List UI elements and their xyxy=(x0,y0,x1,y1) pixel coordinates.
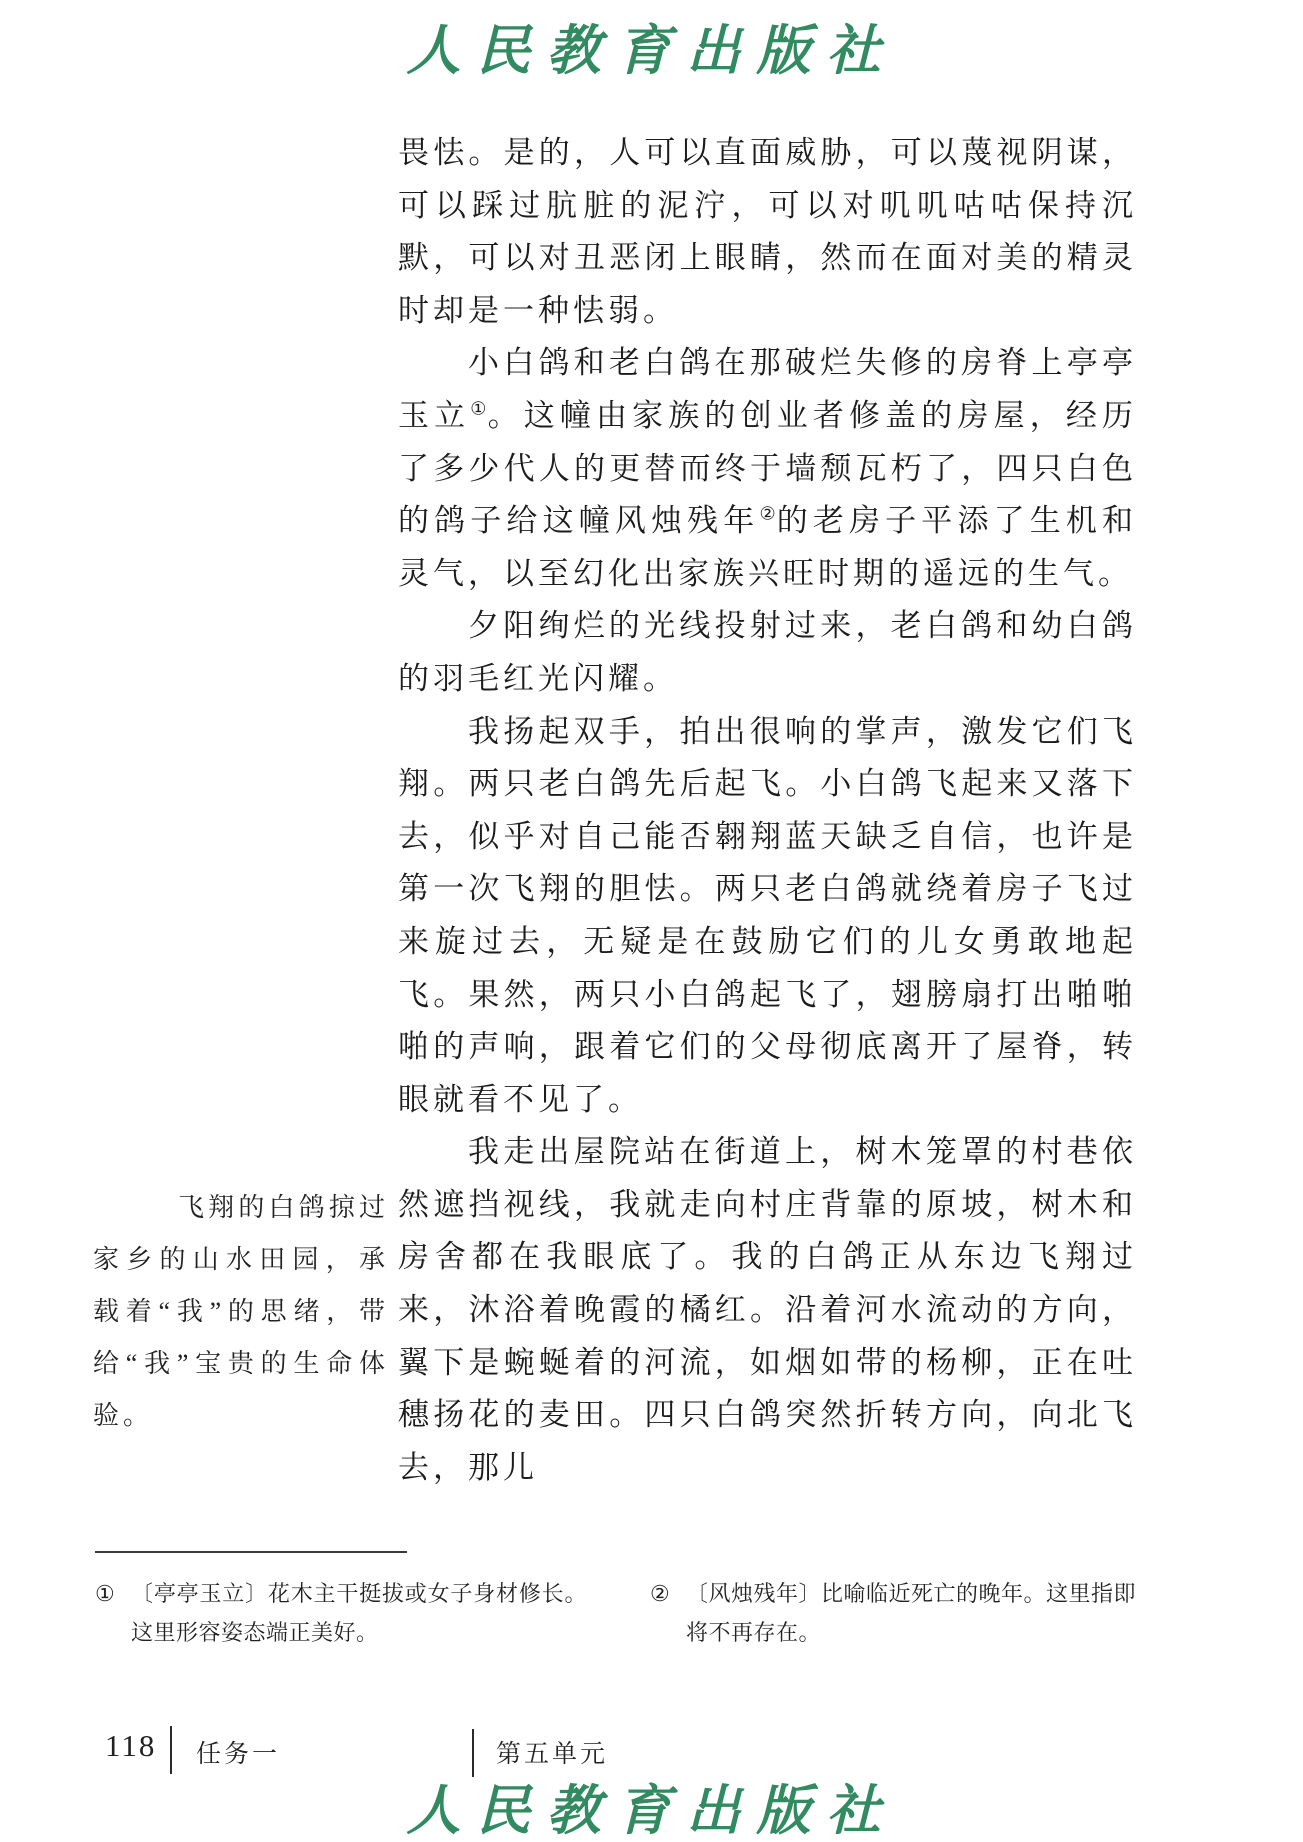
footnote-ref: ① xyxy=(470,399,487,419)
page-number: 118 xyxy=(105,1728,156,1764)
body-paragraph: 小白鸽和老白鸽在那破烂失修的房脊上亭亭玉立①。这幢由家族的创业者修盖的房屋，经历… xyxy=(398,337,1137,600)
footnote-text-1: 〔亭亭玉立〕花木主干挺拔或女子身材修长。这里形容姿态端正美好。 xyxy=(131,1574,587,1652)
footer-unit-label: 第五单元 xyxy=(496,1734,608,1770)
footnote-text-2: 〔风烛残年〕比喻临近死亡的晚年。这里指即将不再存在。 xyxy=(686,1574,1136,1652)
body-paragraph: 我走出屋院站在街道上，树木笼罩的村巷依然遮挡视线，我就走向村庄背靠的原坡，树木和… xyxy=(398,1126,1137,1494)
footnote-divider xyxy=(95,1551,407,1553)
margin-note: 飞翔的白鸽掠过家乡的山水田园，承载着“我”的思绪，带给“我”宝贵的生命体验。 xyxy=(93,1182,389,1442)
publisher-logo-bottom: 人民教育出版社 xyxy=(0,1768,1303,1842)
publisher-logo-top: 人民教育出版社 xyxy=(0,8,1303,85)
body-paragraph: 夕阳绚烂的光线投射过来，老白鸽和幼白鸽的羽毛红光闪耀。 xyxy=(398,600,1137,705)
footer-divider-1 xyxy=(170,1726,172,1774)
textbook-page: 人民教育出版社 畏怯。是的，人可以直面威胁，可以蔑视阴谋，可以踩过肮脏的泥泞，可… xyxy=(0,0,1303,1842)
footnote-marker-1: ① xyxy=(95,1574,125,1613)
body-paragraph: 畏怯。是的，人可以直面威胁，可以蔑视阴谋，可以踩过肮脏的泥泞，可以对叽叽咕咕保持… xyxy=(398,127,1137,337)
footer-task-label: 任务一 xyxy=(196,1734,280,1770)
footnote-1: ① 〔亭亭玉立〕花木主干挺拔或女子身材修长。这里形容姿态端正美好。 xyxy=(95,1574,587,1652)
body-text: 畏怯。是的，人可以直面威胁，可以蔑视阴谋，可以踩过肮脏的泥泞，可以对叽叽咕咕保持… xyxy=(398,127,1137,1494)
footnote-ref: ② xyxy=(759,504,776,524)
body-paragraph: 我扬起双手，拍出很响的掌声，激发它们飞翔。两只老白鸽先后起飞。小白鸽飞起来又落下… xyxy=(398,706,1137,1127)
footnote-marker-2: ② xyxy=(650,1574,680,1613)
footnote-2: ② 〔风烛残年〕比喻临近死亡的晚年。这里指即将不再存在。 xyxy=(650,1574,1136,1652)
